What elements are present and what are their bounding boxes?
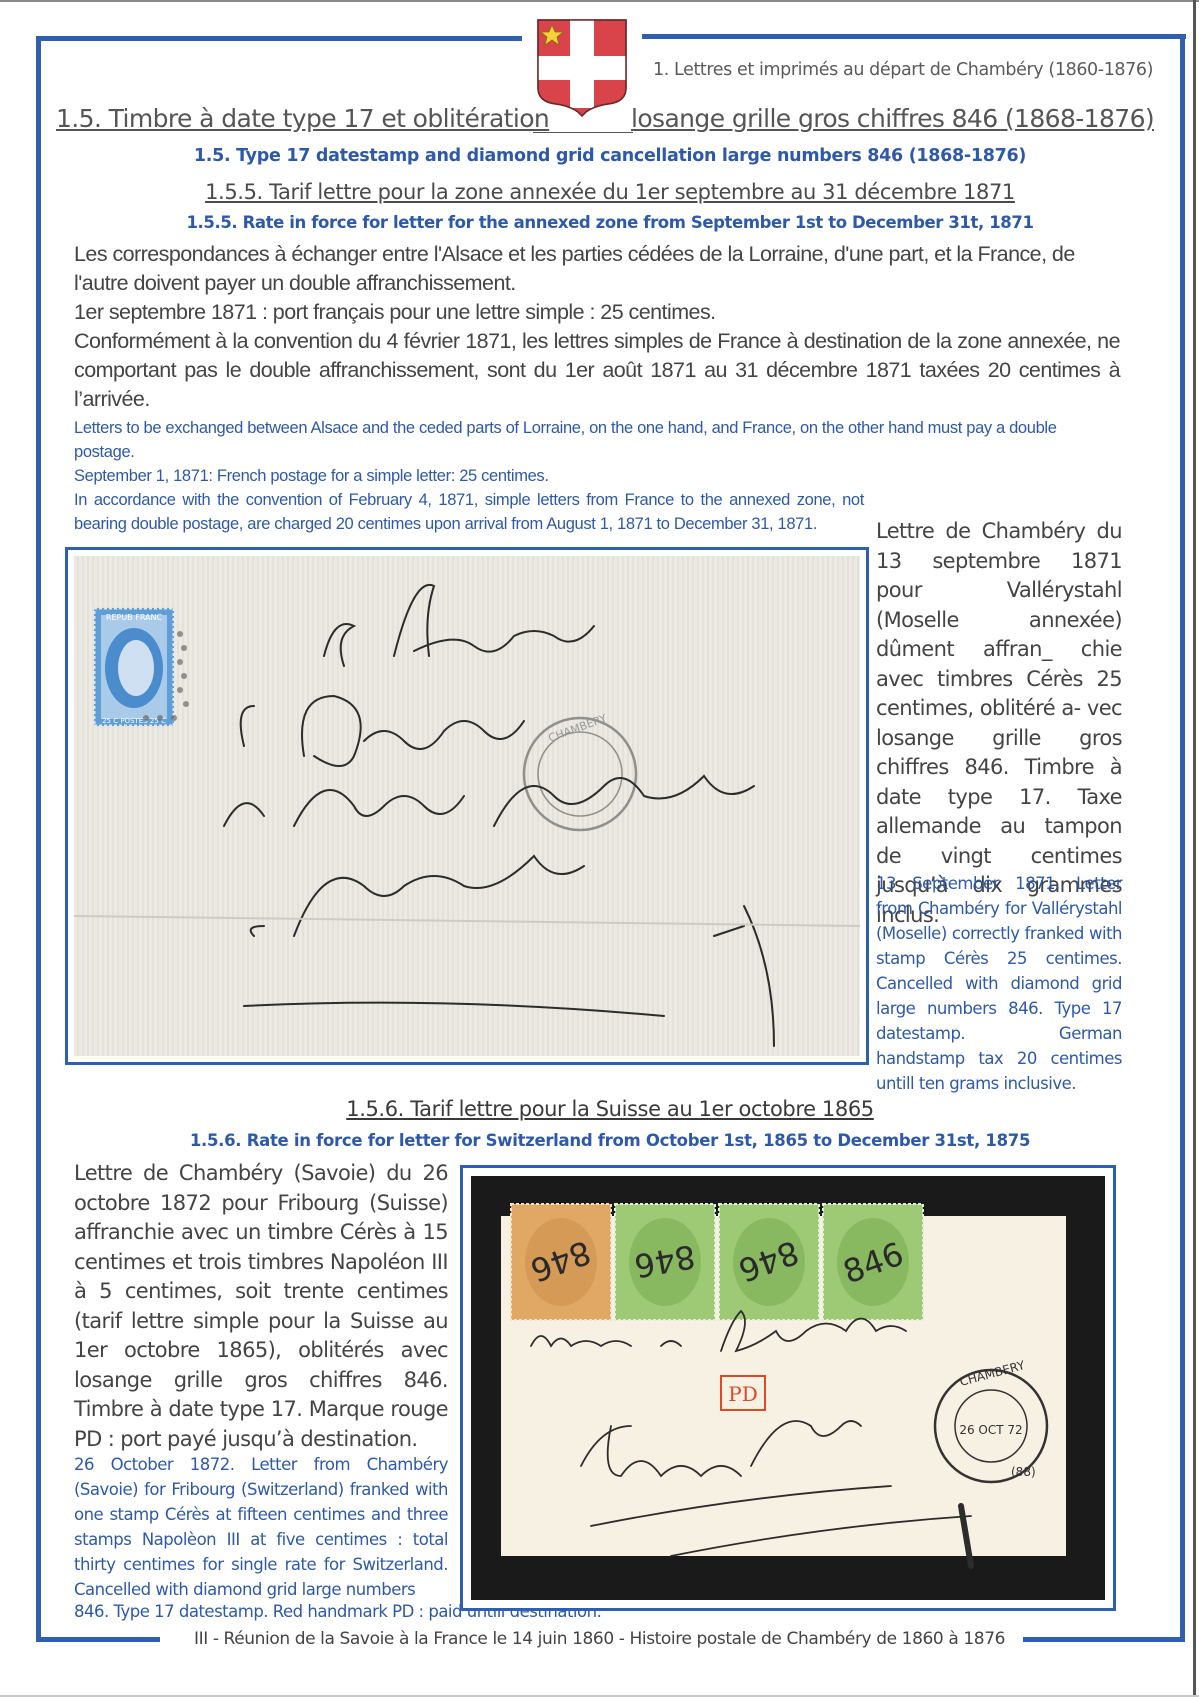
envelope-1872-drawing: 846 846 846 846 PD CHAMBERY 26 OCT 72 (8… <box>471 1176 1105 1600</box>
page-frame-top-right <box>642 34 1186 39</box>
svg-text:PD: PD <box>728 1382 758 1406</box>
cover-1871-description-en: 13 September 1871. Letter from Chambéry … <box>876 871 1122 1096</box>
cover-1872-description-fr: Lettre de Chambéry (Savoie) du 26 octobr… <box>74 1159 448 1454</box>
intro-paragraph-en: September 1, 1871: French postage for a … <box>74 464 1120 488</box>
svg-text:REPUB FRANC: REPUB FRANC <box>106 613 163 622</box>
title-underline <box>533 132 633 133</box>
chambery-datestamp: CHAMBERY <box>524 712 636 830</box>
page-frame-top-left <box>36 36 522 41</box>
cover-image-1871: REPUB FRANC 25 C POSTES 25 C CHAMBERY <box>65 547 869 1065</box>
section-156-title-en: 1.5.6. Rate in force for letter for Swit… <box>40 1131 1180 1150</box>
scan-edge <box>0 0 1199 2</box>
intro-paragraph-en: Letters to be exchanged between Alsace a… <box>74 416 1120 464</box>
page-frame-right <box>1180 34 1185 1640</box>
series-title: 1. Lettres et imprimés au départ de Cham… <box>653 60 1153 80</box>
cover-image-1872: 846 846 846 846 PD CHAMBERY 26 OCT 72 (8… <box>460 1165 1116 1611</box>
svg-text:(88): (88) <box>1011 1465 1036 1479</box>
svg-text:26 OCT 72: 26 OCT 72 <box>959 1423 1022 1437</box>
scan-edge <box>1193 0 1196 1697</box>
page-title-part-1: 1.5. Timbre à date type 17 et oblitérati… <box>56 104 549 133</box>
intro-paragraph: 1er septembre 1871 : port français pour … <box>74 298 1120 327</box>
intro-paragraph-en: In accordance with the convention of Feb… <box>74 488 864 536</box>
handwritten-address <box>224 585 774 1046</box>
svg-text:25 C POSTES 25 C: 25 C POSTES 25 C <box>102 717 166 725</box>
savoy-coat-of-arms-icon <box>536 18 628 118</box>
cover-1872-description-en: 26 October 1872. Letter from Chambéry (S… <box>74 1452 448 1602</box>
intro-paragraph: Les correspondances à échanger entre l'A… <box>74 240 1120 298</box>
section-155-title: 1.5.5. Tarif lettre pour la zone annexée… <box>40 180 1180 204</box>
cover-1871-description-fr: Lettre de Chambéry du 13 septembre 1871 … <box>876 517 1122 930</box>
section-156-title: 1.5.6. Tarif lettre pour la Suisse au 1e… <box>40 1097 1180 1121</box>
page-footer: III - Réunion de la Savoie à la France l… <box>0 1629 1199 1649</box>
section-155-intro-fr: Les correspondances à échanger entre l'A… <box>74 240 1120 414</box>
envelope-1871: REPUB FRANC 25 C POSTES 25 C CHAMBERY <box>74 556 860 1056</box>
page-title-part-2: losange grille gros chiffres 846 (1868-1… <box>631 104 1154 133</box>
page-frame-left <box>36 36 41 1642</box>
svg-text:CHAMBERY: CHAMBERY <box>547 712 609 745</box>
intro-paragraph: Conformément à la convention du 4 févrie… <box>74 327 1120 414</box>
page-subtitle-en: 1.5. Type 17 datestamp and diamond grid … <box>40 146 1180 166</box>
ceres-25c-stamp-icon: REPUB FRANC 25 C POSTES 25 C <box>94 608 174 726</box>
envelope-1871-drawing: REPUB FRANC 25 C POSTES 25 C CHAMBERY <box>74 556 860 1056</box>
section-155-title-en: 1.5.5. Rate in force for letter for the … <box>40 213 1180 232</box>
mourning-envelope-1872: 846 846 846 846 PD CHAMBERY 26 OCT 72 (8… <box>471 1176 1105 1600</box>
